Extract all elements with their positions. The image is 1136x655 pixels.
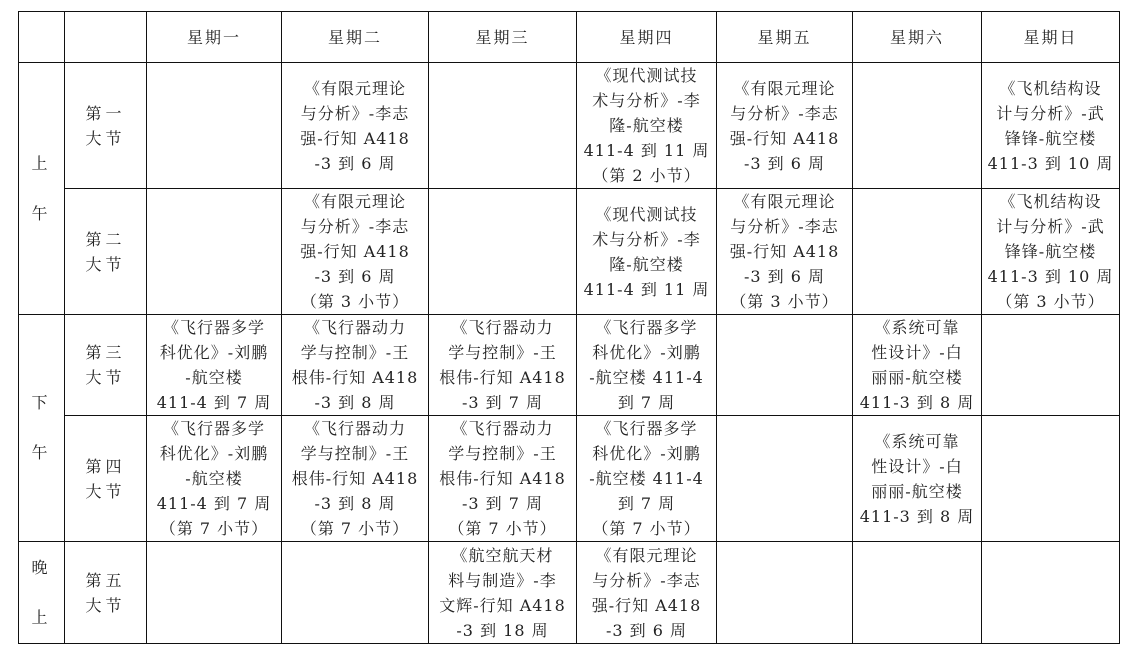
period-evening: 晚 上 xyxy=(19,542,65,644)
slot-label-5: 第五大节 xyxy=(65,542,147,644)
period-afternoon-char-1: 下 xyxy=(19,378,64,428)
course-cell xyxy=(982,416,1120,542)
day-header-sat: 星期六 xyxy=(853,12,982,63)
course-cell xyxy=(429,63,577,189)
period-morning: 上 午 xyxy=(19,63,65,315)
period-afternoon-char-2: 午 xyxy=(19,428,64,478)
day-header-sun: 星期日 xyxy=(982,12,1120,63)
slot-row-1: 上 午 第一大节 《有限元理论 与分析》-李志 强-行知 A418 -3 到 6… xyxy=(19,63,1120,189)
period-evening-char-1: 晚 xyxy=(19,543,64,593)
course-cell xyxy=(282,542,429,644)
corner-cell-period xyxy=(19,12,65,63)
course-cell xyxy=(717,542,853,644)
course-cell xyxy=(147,63,282,189)
course-cell: 《系统可靠 性设计》-白 丽丽-航空楼 411-3 到 8 周 xyxy=(853,416,982,542)
course-cell xyxy=(717,315,853,416)
slot-label-4: 第四大节 xyxy=(65,416,147,542)
day-header-tue: 星期二 xyxy=(282,12,429,63)
period-evening-char-2: 上 xyxy=(19,593,64,643)
course-cell: 《飞行器动力 学与控制》-王 根伟-行知 A418 -3 到 8 周 xyxy=(282,315,429,416)
course-cell: 《有限元理论 与分析》-李志 强-行知 A418 -3 到 6 周 xyxy=(717,63,853,189)
day-header-mon: 星期一 xyxy=(147,12,282,63)
course-schedule-table: 星期一 星期二 星期三 星期四 星期五 星期六 星期日 上 午 第一大节 《有限… xyxy=(18,11,1120,644)
slot-row-2: 第二大节 《有限元理论 与分析》-李志 强-行知 A418 -3 到 6 周 （… xyxy=(19,189,1120,315)
slot-row-3: 下 午 第三大节 《飞行器多学 科优化》-刘鹏 -航空楼 411-4 到 7 周… xyxy=(19,315,1120,416)
course-cell: 《飞行器动力 学与控制》-王 根伟-行知 A418 -3 到 7 周 xyxy=(429,315,577,416)
period-afternoon: 下 午 xyxy=(19,315,65,542)
course-cell xyxy=(853,63,982,189)
slot-label-1: 第一大节 xyxy=(65,63,147,189)
course-cell: 《有限元理论 与分析》-李志 强-行知 A418 -3 到 6 周 （第 3 小… xyxy=(717,189,853,315)
course-cell: 《飞机结构设 计与分析》-武 锋锋-航空楼 411-3 到 10 周 xyxy=(982,63,1120,189)
slot-row-5: 晚 上 第五大节 《航空航天材 料与制造》-李 文辉-行知 A418 -3 到 … xyxy=(19,542,1120,644)
course-cell xyxy=(429,189,577,315)
slot-label-3: 第三大节 xyxy=(65,315,147,416)
course-cell xyxy=(717,416,853,542)
period-morning-char-1: 上 xyxy=(19,139,64,189)
course-cell: 《有限元理论 与分析》-李志 强-行知 A418 -3 到 6 周 xyxy=(282,63,429,189)
course-cell: 《现代测试技 术与分析》-李 隆-航空楼 411-4 到 11 周 xyxy=(577,189,717,315)
course-cell: 《飞行器动力 学与控制》-王 根伟-行知 A418 -3 到 8 周 （第 7 … xyxy=(282,416,429,542)
course-cell: 《系统可靠 性设计》-白 丽丽-航空楼 411-3 到 8 周 xyxy=(853,315,982,416)
course-cell: 《飞机结构设 计与分析》-武 锋锋-航空楼 411-3 到 10 周 （第 3 … xyxy=(982,189,1120,315)
course-cell: 《有限元理论 与分析》-李志 强-行知 A418 -3 到 6 周 xyxy=(577,542,717,644)
course-cell: 《飞行器多学 科优化》-刘鹏 -航空楼 411-4 到 7 周 （第 7 小节） xyxy=(577,416,717,542)
course-cell: 《现代测试技 术与分析》-李 隆-航空楼 411-4 到 11 周 （第 2 小… xyxy=(577,63,717,189)
course-cell xyxy=(982,315,1120,416)
day-header-wed: 星期三 xyxy=(429,12,577,63)
course-cell xyxy=(853,542,982,644)
course-cell: 《飞行器多学 科优化》-刘鹏 -航空楼 411-4 到 7 周 （第 7 小节） xyxy=(147,416,282,542)
course-cell xyxy=(982,542,1120,644)
slot-label-2: 第二大节 xyxy=(65,189,147,315)
header-row: 星期一 星期二 星期三 星期四 星期五 星期六 星期日 xyxy=(19,12,1120,63)
course-cell: 《飞行器动力 学与控制》-王 根伟-行知 A418 -3 到 7 周 （第 7 … xyxy=(429,416,577,542)
course-cell: 《飞行器多学 科优化》-刘鹏 -航空楼 411-4 到 7 周 xyxy=(577,315,717,416)
course-cell: 《飞行器多学 科优化》-刘鹏 -航空楼 411-4 到 7 周 xyxy=(147,315,282,416)
corner-cell-slot xyxy=(65,12,147,63)
slot-row-4: 第四大节 《飞行器多学 科优化》-刘鹏 -航空楼 411-4 到 7 周 （第 … xyxy=(19,416,1120,542)
course-cell xyxy=(147,542,282,644)
day-header-thu: 星期四 xyxy=(577,12,717,63)
course-cell: 《有限元理论 与分析》-李志 强-行知 A418 -3 到 6 周 （第 3 小… xyxy=(282,189,429,315)
course-cell: 《航空航天材 料与制造》-李 文辉-行知 A418 -3 到 18 周 xyxy=(429,542,577,644)
course-cell xyxy=(147,189,282,315)
period-morning-char-2: 午 xyxy=(19,189,64,239)
day-header-fri: 星期五 xyxy=(717,12,853,63)
course-cell xyxy=(853,189,982,315)
